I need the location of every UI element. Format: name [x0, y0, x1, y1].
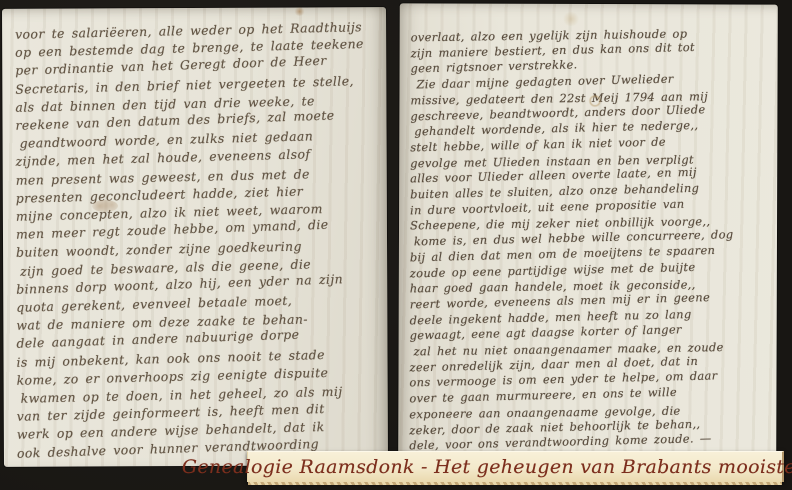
letter-scan: voor te salariëeren, alle weder op het R… [0, 0, 792, 490]
letter-page-left: voor te salariëeren, alle weder op het R… [2, 7, 388, 467]
handwritten-text-left: voor te salariëeren, alle weder op het R… [2, 7, 388, 467]
letter-page-right: overlaat, alzo een ygelijk zijn huishoud… [398, 3, 778, 463]
handwritten-text-right: overlaat, alzo een ygelijk zijn huishoud… [398, 3, 778, 463]
caption-banner: Genealogie Raamsdonk - Het geheugen van … [247, 451, 784, 482]
caption-text: Genealogie Raamsdonk - Het geheugen van … [182, 456, 792, 478]
